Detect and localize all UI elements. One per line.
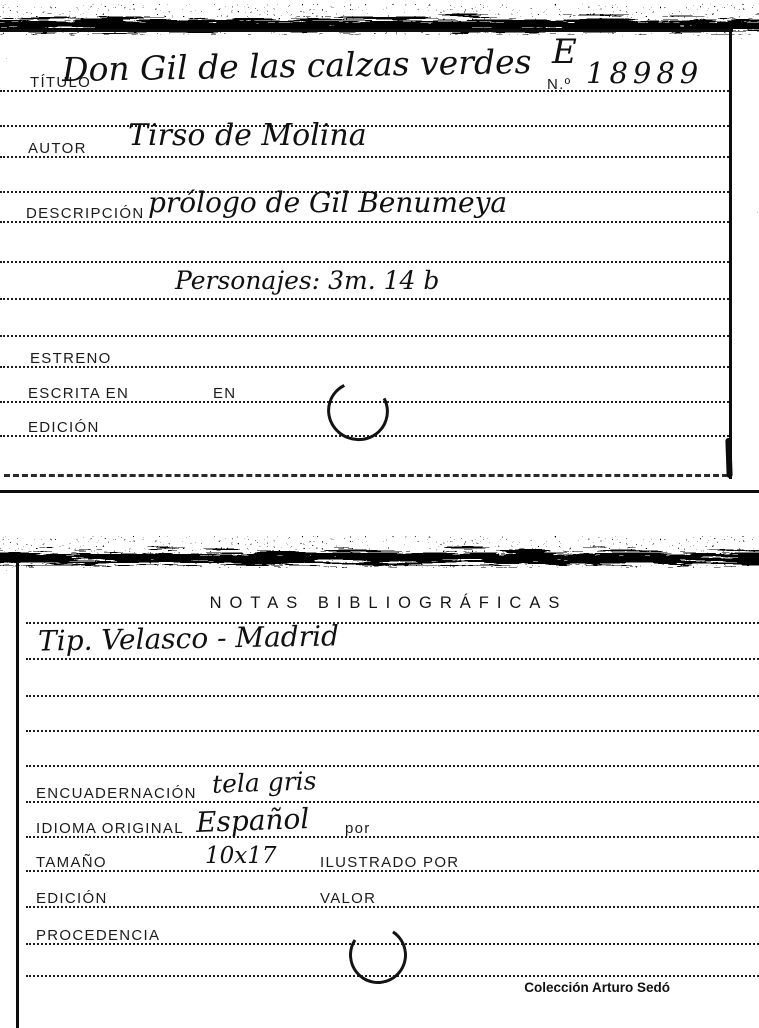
- descripcion-label: DESCRIPCIÓN: [26, 205, 144, 222]
- titulo-handwritten: Don Gil de las calzas verdes: [62, 42, 532, 89]
- numero-label: N.º: [547, 76, 571, 93]
- rule-edicion-2: [26, 906, 759, 908]
- estreno-label: ESTRENO: [30, 350, 112, 367]
- autor-handwritten: Tirso de Molina: [128, 118, 367, 153]
- scan-specks-left-bottom: [0, 562, 13, 1028]
- top-card-right-border: [729, 29, 732, 479]
- rule-autor: [0, 156, 729, 158]
- circular-stamp-mark-top: [319, 373, 397, 449]
- bottom-card-left-border: [16, 562, 19, 1028]
- encuadernacion-label: ENCUADERNACIÓN: [36, 785, 197, 802]
- top-card-bottom-border: [0, 490, 759, 493]
- tamano-label: TAMAÑO: [36, 854, 107, 871]
- valor-label: VALOR: [320, 890, 376, 907]
- rule-titulo: [0, 90, 729, 92]
- rule-blank-4: [0, 335, 729, 337]
- rule-blank-3: [0, 261, 729, 263]
- edicion-2-label: EDICIÓN: [36, 890, 108, 907]
- scanned-catalog-cards: TÍTULO N.º AUTOR DESCRIPCIÓN ESTRENO ESC…: [0, 0, 759, 1028]
- rule-blank-6: [26, 730, 759, 732]
- rule-imprenta: [26, 658, 759, 660]
- circular-stamp-mark-bottom: [344, 921, 413, 990]
- idioma-handwritten: Español: [195, 802, 309, 839]
- rule-personajes: [0, 298, 729, 300]
- descripcion-handwritten: prólogo de Gil Benumeya: [148, 186, 507, 219]
- encuadernacion-handwritten: tela gris: [212, 766, 317, 799]
- notas-bibliograficas-header: NOTAS BIBLIOGRÁFICAS: [18, 594, 759, 613]
- tamano-handwritten: 10x17: [205, 843, 277, 869]
- collection-letter-handwritten: E: [552, 32, 577, 72]
- scan-specks-right: [735, 30, 759, 320]
- edicion-label: EDICIÓN: [28, 419, 100, 436]
- por-label: por: [345, 820, 371, 837]
- rule-blank-5: [26, 695, 759, 697]
- scan-noise-band-middle: [0, 536, 759, 568]
- personajes-handwritten: Personajes: 3m. 14 b: [175, 266, 439, 295]
- idioma-original-label: IDIOMA ORIGINAL: [36, 820, 184, 837]
- scan-specks-left-top: [0, 50, 8, 460]
- escrita-en-label: ESCRITA EN: [28, 385, 129, 402]
- top-card-top-border: [0, 29, 733, 32]
- rule-broken-bottom: [4, 474, 728, 477]
- autor-label: AUTOR: [28, 140, 87, 157]
- imprenta-handwritten: Tip. Velasco - Madrid: [38, 619, 339, 657]
- ilustrado-por-label: ILUSTRADO POR: [320, 854, 459, 871]
- procedencia-label: PROCEDENCIA: [36, 927, 160, 944]
- en-label: EN: [213, 385, 236, 402]
- rule-blank-7: [26, 765, 759, 767]
- coleccion-credit: Colección Arturo Sedó: [420, 980, 670, 995]
- numero-handwritten: 18989: [586, 56, 703, 90]
